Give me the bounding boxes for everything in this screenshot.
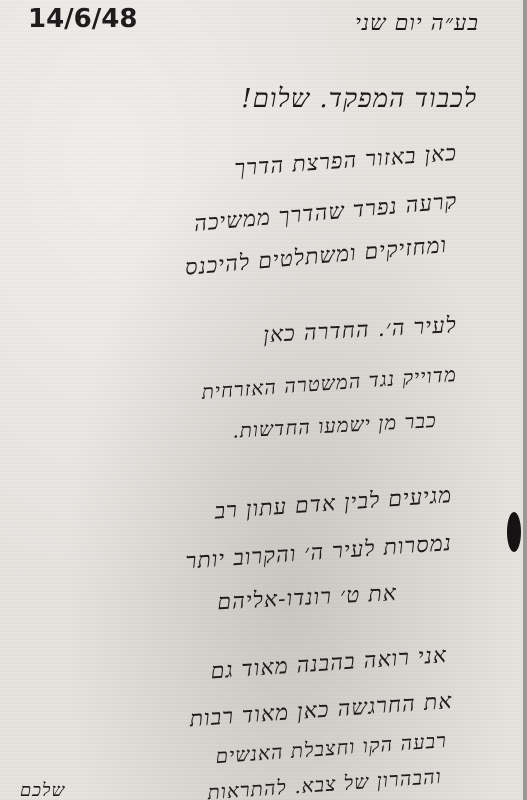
greeting: לכבוד המפקד. שלום! (241, 84, 477, 114)
body-line: מדוייק נגד המשטרה האזרחית (201, 362, 458, 405)
body-line: כאן באזור הפרצת הדרך (234, 140, 458, 181)
letter-date: 14/6/48 (28, 4, 137, 34)
body-line: נמסרות לעיר ה׳ והקרוב יותר (185, 530, 453, 575)
body-line: את ט׳ רונדו-אליהם (217, 580, 398, 615)
body-line: את החרגשה כאן מאוד רבות (188, 688, 452, 732)
body-line: לעיר ה׳. החדרה כאן (263, 312, 458, 348)
body-line: כבר מן ישמעו החדשות. (232, 408, 438, 444)
signature: שלכם (20, 780, 65, 800)
letter-page: 14/6/48 בע״ה יום שני לכבוד המפקד. שלום! … (0, 0, 527, 800)
body-line: אני רואה בהבנה מאוד גם (210, 642, 448, 684)
body-line: והבהרון של צבא. להתראות (207, 764, 443, 800)
body-line: רבעה הקו וחצבלת האנשים (215, 728, 448, 769)
body-line: קרעה נפרד שהדרך ממשיכה (193, 188, 459, 237)
page-edge-shadow (523, 0, 527, 800)
header-line: בע״ה יום שני (355, 10, 479, 36)
body-line: ומחזיקים ומשתלטים להיכנס (184, 232, 448, 281)
ink-blot (507, 512, 521, 552)
body-line: מגיעים לבין אדם עתון רב (214, 482, 453, 525)
